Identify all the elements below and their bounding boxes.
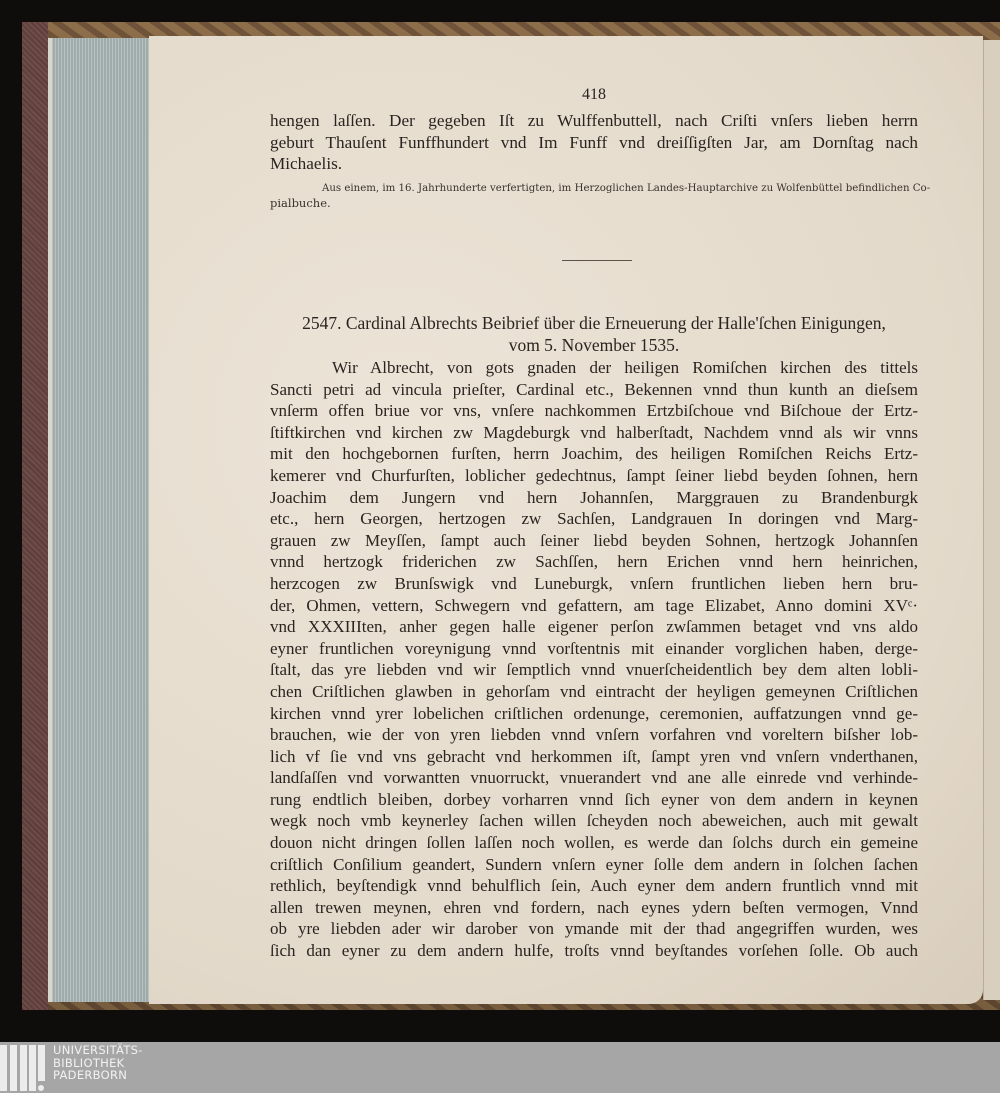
body-line: kemerer vnd Churfurſten, loblicher gedec… bbox=[270, 465, 918, 487]
page-top-text: 418 hengen laſſen. Der gegeben Iſt zu Wu… bbox=[270, 84, 918, 211]
facing-page-edge bbox=[983, 40, 1000, 1000]
page-number: 418 bbox=[270, 84, 918, 102]
body-line: landſaſſen vnd vorwantten vnuorruckt, vn… bbox=[270, 767, 918, 789]
body-line: Sancti petri ad vincula prieſter, Cardin… bbox=[270, 379, 918, 401]
document-heading: 2547. Cardinal Albrechts Beibrief über d… bbox=[270, 312, 918, 356]
body-line: Wir Albrecht, von gots gnaden der heilig… bbox=[270, 357, 918, 379]
body-line: vnd XXXIIIten, anher gegen halle eigener… bbox=[270, 616, 918, 638]
source-note-line: pialbuche. bbox=[270, 196, 918, 211]
body-line: criſtlich Conſilium geandert, Sundern vn… bbox=[270, 854, 918, 876]
footer-bar bbox=[0, 1042, 1000, 1093]
body-line: ob yre liebden ader wir darober von yman… bbox=[270, 918, 918, 940]
logo-line: PADERBORN bbox=[53, 1069, 143, 1082]
body-line: vnnd hertzogk friderichen zw Sachſſen, h… bbox=[270, 551, 918, 573]
body-line: allen trewen meynen, ehren vnd fordern, … bbox=[270, 897, 918, 919]
library-logo-text: UNIVERSITÄTS- BIBLIOTHEK PADERBORN bbox=[53, 1044, 143, 1082]
body-line: rung endtlich bleiben, dorbey vorharren … bbox=[270, 789, 918, 811]
text-line: Michaelis. bbox=[270, 153, 918, 175]
body-line: ſtalt, das yre liebden vnd wir ſemptlich… bbox=[270, 659, 918, 681]
book-spine-cloth bbox=[22, 22, 48, 1010]
source-note: Aus einem, im 16. Jahrhunderte verfertig… bbox=[270, 181, 918, 211]
body-line: ſich dan eyner zu dem andern hulfe, troſ… bbox=[270, 940, 918, 962]
body-line: vnſerm offen briue vor vns, vnſere nachk… bbox=[270, 400, 918, 422]
body-line: etc., hern Georgen, hertzogen zw Sachſen… bbox=[270, 508, 918, 530]
body-line: Joachim dem Jungern vnd hern Johannſen, … bbox=[270, 487, 918, 509]
body-line: der, Ohmen, vettern, Schwegern vnd gefat… bbox=[270, 595, 918, 617]
logo-line: UNIVERSITÄTS- bbox=[53, 1044, 143, 1057]
heading-line-2: vom 5. November 1535. bbox=[270, 334, 918, 356]
body-line: chen Criſtlichen glawben in gehorſam vnd… bbox=[270, 681, 918, 703]
document-body: Wir Albrecht, von gots gnaden der heilig… bbox=[270, 357, 918, 962]
body-line: kirchen vnnd yrer lobelichen criſtlichen… bbox=[270, 703, 918, 725]
source-note-line: Aus einem, im 16. Jahrhunderte verfertig… bbox=[270, 181, 918, 196]
body-line: ſtiftkirchen vnd kirchen zw Magdeburgk v… bbox=[270, 422, 918, 444]
body-line: grauen zw Meyſſen, ſampt auch ſeiner lie… bbox=[270, 530, 918, 552]
text-line: hengen laſſen. Der gegeben Iſt zu Wulffe… bbox=[270, 110, 918, 132]
body-line: mit den hochgebornen furſten, herrn Joac… bbox=[270, 443, 918, 465]
body-line: rethlich, beyſtendigk vnnd behulflich ſe… bbox=[270, 875, 918, 897]
body-line: douon nicht dringen ſollen laſſen noch w… bbox=[270, 832, 918, 854]
heading-line-1: 2547. Cardinal Albrechts Beibrief über d… bbox=[270, 312, 918, 334]
body-line: brauchen, wie der von yren liebden vnnd … bbox=[270, 724, 918, 746]
section-divider bbox=[562, 260, 632, 261]
text-line: geburt Thauſent Funffhundert vnd Im Funf… bbox=[270, 132, 918, 154]
body-line: lich vf ſie vnd vns gebracht vnd herkomm… bbox=[270, 746, 918, 768]
body-line: wegk noch vmb keynerley ſachen willen ſc… bbox=[270, 810, 918, 832]
page-edges bbox=[48, 38, 154, 1002]
body-line: herzcogen zw Brunſswigk vnd Luneburgk, v… bbox=[270, 573, 918, 595]
body-line: eyner fruntlichen voreynigung vnnd vorſt… bbox=[270, 638, 918, 660]
